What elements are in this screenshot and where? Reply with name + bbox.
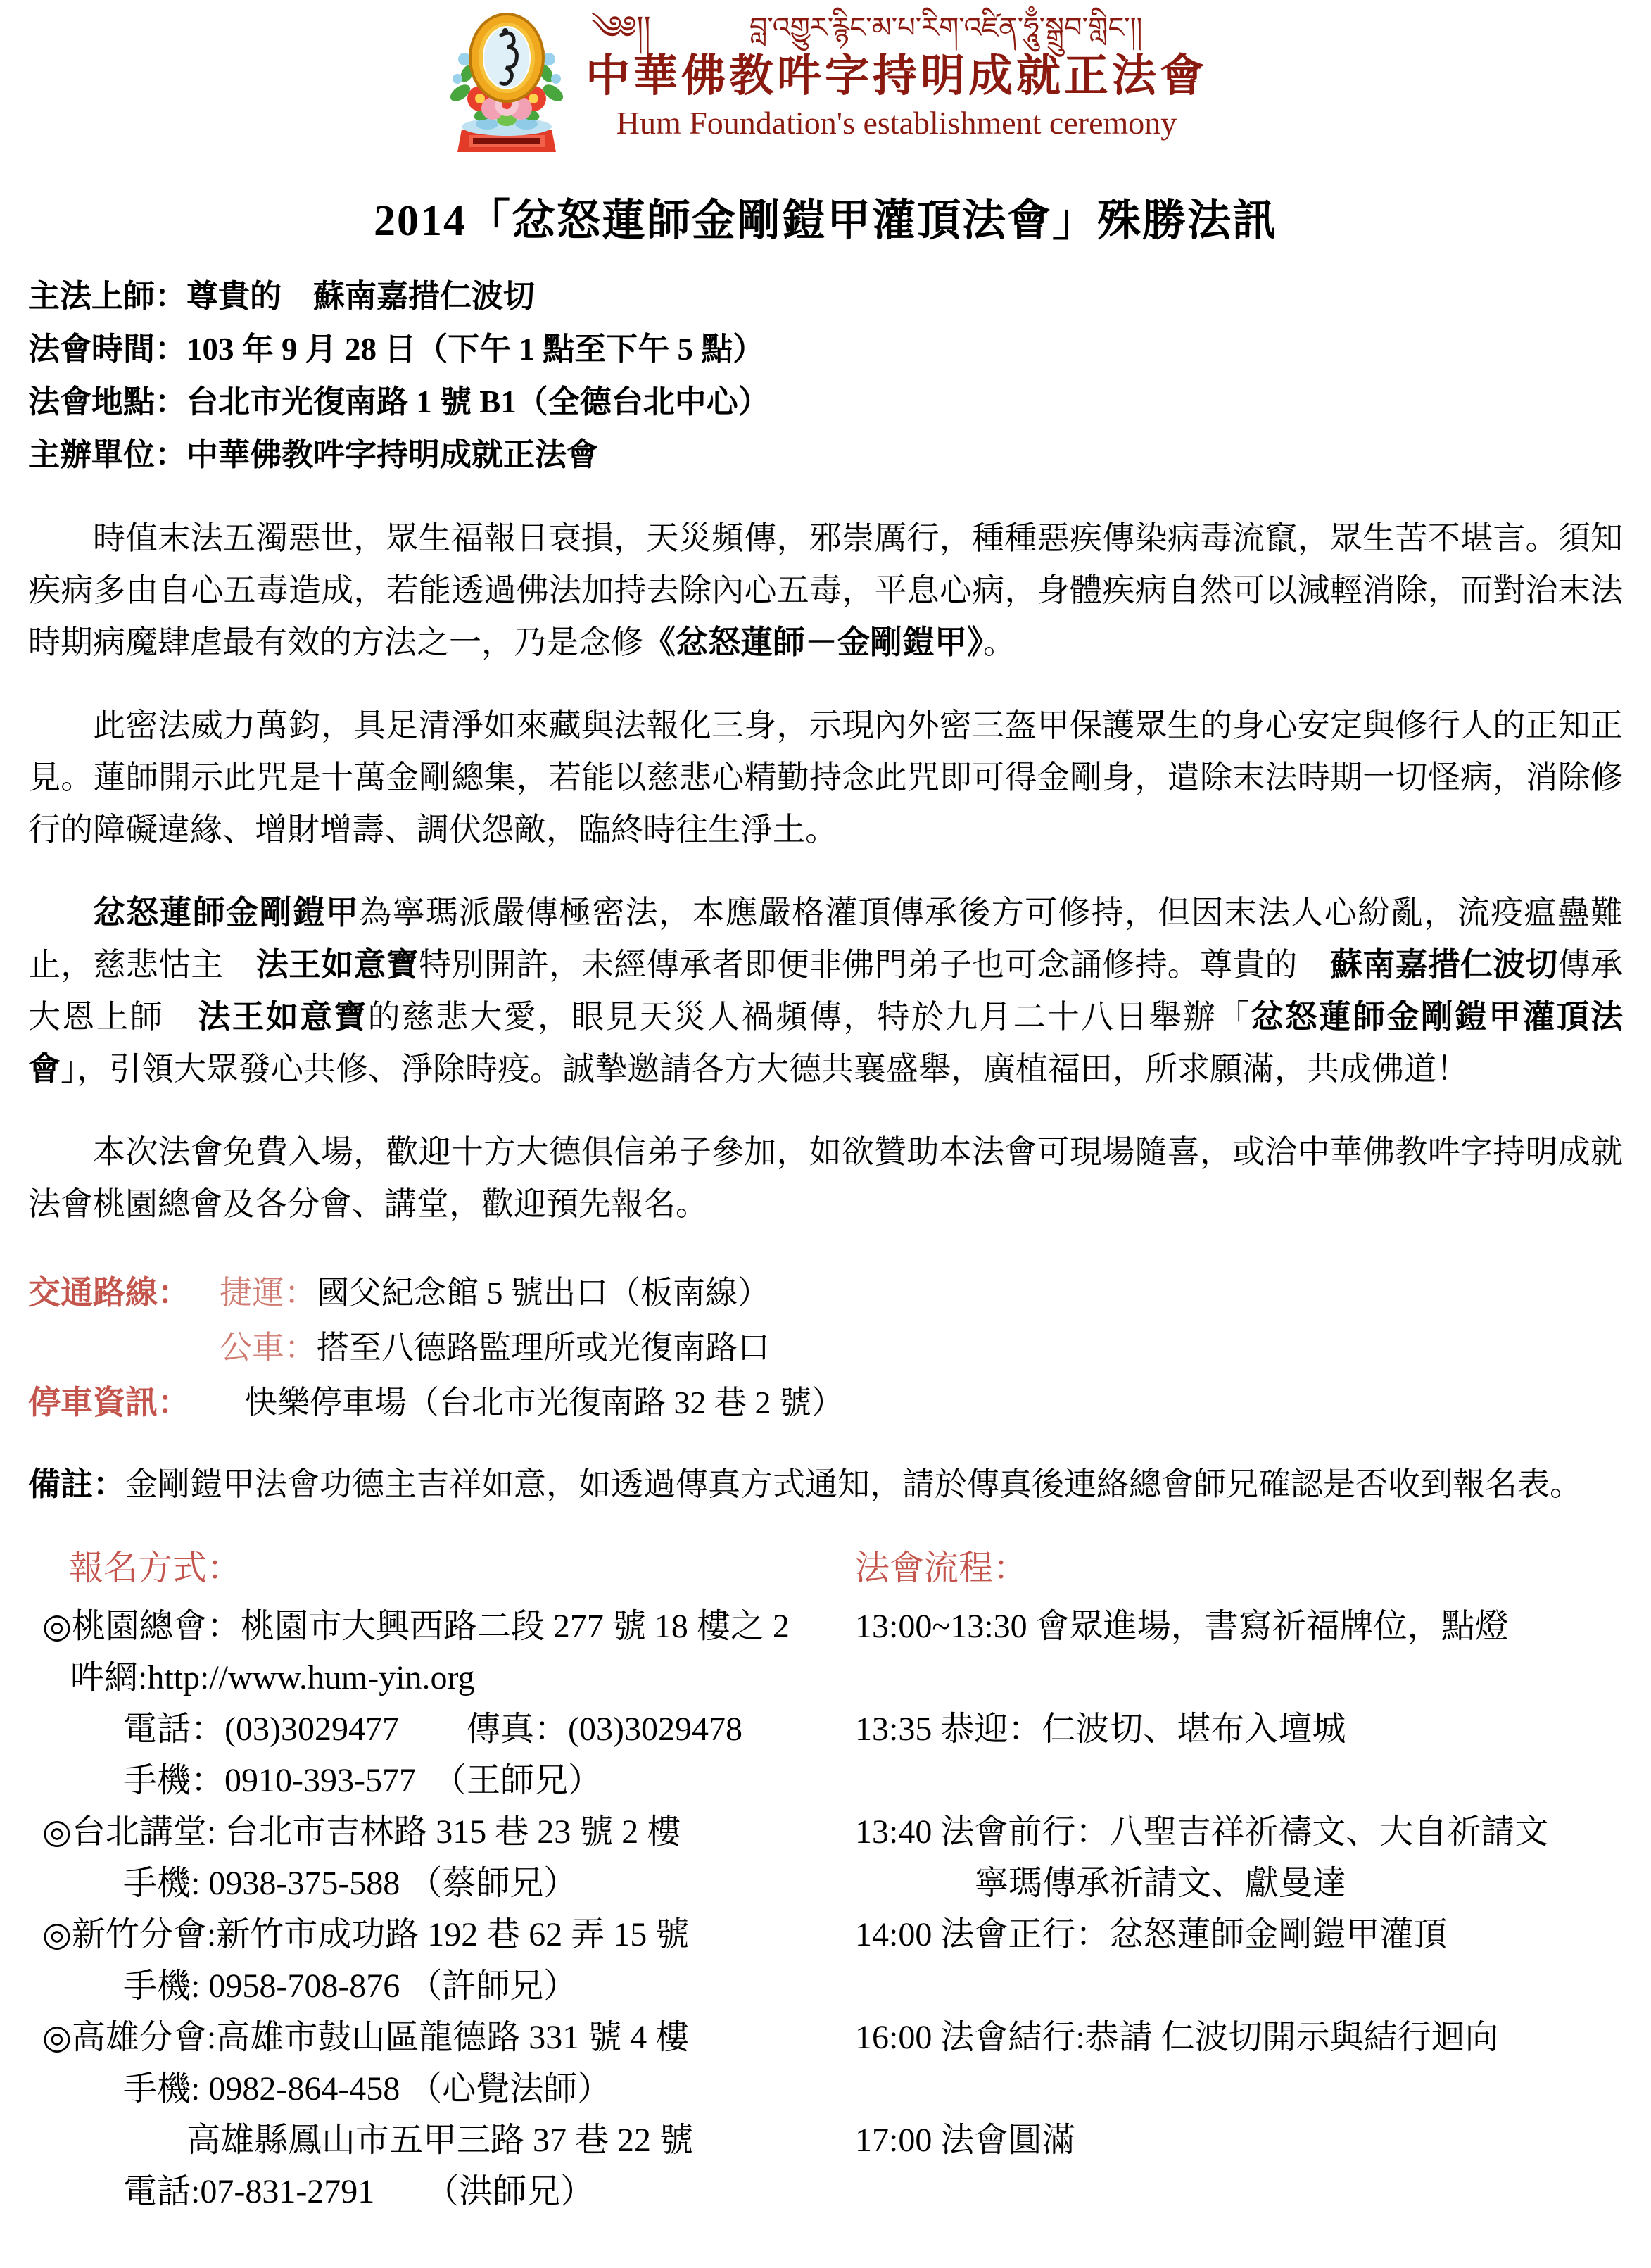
website-link[interactable]: 吽網:http://www.hum-yin.org	[0, 1652, 813, 1703]
bottom-row: 手機：0910-393-577 （王師兄）	[0, 1755, 1651, 1806]
registration-line-fengshan-address: 高雄縣鳳山市五甲三路 37 巷 22 號	[0, 2115, 813, 2166]
tibetan-head-mark: ༄༅།།	[591, 8, 651, 48]
schedule-item-1600: 16:00 法會結行:恭請 仁波切開示與結行迴向	[813, 2012, 1499, 2063]
master-name-bold: 法王如意寶	[256, 947, 419, 983]
schedule-item-empty	[813, 1652, 855, 1703]
info-label: 主辦單位：	[28, 437, 186, 472]
bottom-row: 手機: 0938-375-588 （蔡師兄） 寧瑪傳承祈請文、獻曼達	[0, 1858, 1651, 1909]
paragraph-3-text: 」，引領大眾發心共修、淨除時疫。誠摯邀請各方大德共襄盛舉，廣植福田，所求願滿，共…	[61, 1051, 1469, 1087]
bottom-row: 手機: 0958-708-876 （許師兄）	[0, 1960, 1651, 2012]
bottom-row: ◎台北講堂: 台北市吉林路 315 巷 23 號 2 樓 13:40 法會前行：…	[0, 1806, 1651, 1858]
tibetan-script-text: བླ་འགྱུར་རྙིང་མ་པ་རིག་འཛིན་ཧཱུྃ་སྒྲུབ་གླ…	[749, 8, 1143, 48]
page-title: 2014「忿怒蓮師金剛鎧甲灌頂法會」殊勝法訊	[0, 193, 1651, 249]
registration-line-hsinchu-branch: ◎新竹分會:新竹市成功路 192 巷 62 弄 15 號	[0, 1909, 813, 1960]
paragraph-4: 本次法會免費入場，歡迎十方大德俱信弟子參加，如欲贊助本法會可現場隨喜，或洽中華佛…	[28, 1126, 1623, 1230]
header: ༄༅།། བླ་འགྱུར་རྙིང་མ་པ་རིག་འཛིན་ཧཱུྃ་སྒྲ…	[0, 0, 1651, 165]
info-line-organizer: 主辦單位：中華佛教吽字持明成就正法會	[28, 429, 1623, 481]
registration-line-phone-hung: 電話:07-831-2791 （洪師兄）	[0, 2166, 813, 2217]
hum-syllable-icon	[470, 14, 543, 101]
dharma-name-bold: 忿怒蓮師金剛鎧甲	[93, 895, 359, 931]
bottom-row: 高雄縣鳳山市五甲三路 37 巷 22 號 17:00 法會圓滿	[0, 2115, 1651, 2166]
paragraph-3: 忿怒蓮師金剛鎧甲為寧瑪派嚴傳極密法，本應嚴格灌頂傳承後方可修持，但因末法人心紛亂…	[28, 887, 1623, 1095]
schedule-item-1340-continued: 寧瑪傳承祈請文、獻曼達	[813, 1858, 1346, 1909]
mrt-label: 捷運：	[220, 1266, 317, 1321]
master-name-bold: 法王如意寶	[198, 999, 367, 1035]
tibetan-line: ༄༅།། བླ་འགྱུར་རྙིང་མ་པ་རིག་འཛིན་ཧཱུྃ་སྒྲ…	[586, 8, 1208, 48]
column-headings: 報名方式： 法會流程：	[0, 1543, 1651, 1594]
mrt-text: 國父紀念館 5 號出口（板南線）	[317, 1266, 770, 1321]
schedule-heading: 法會流程：	[813, 1543, 1027, 1594]
transport-route-label: 交通路線：	[28, 1266, 220, 1321]
bus-label: 公車：	[220, 1321, 317, 1375]
schedule-item-1700: 17:00 法會圓滿	[813, 2115, 1075, 2166]
registration-line-taipei-hall: ◎台北講堂: 台北市吉林路 315 巷 23 號 2 樓	[0, 1806, 813, 1858]
info-line-place: 法會地點：台北市光復南路 1 號 B1（全德台北中心）	[28, 376, 1623, 429]
parking-label: 停車資訊：	[28, 1375, 220, 1430]
schedule-item-empty	[813, 1960, 855, 2012]
remark-text: 金剛鎧甲法會功德主吉祥如意，如透過傳真方式通知，請於傳真後連絡總會師兄確認是否收…	[125, 1459, 1582, 1511]
info-value: 中華佛教吽字持明成就正法會	[186, 437, 598, 472]
schedule-item-1300: 13:00~13:30 會眾進場，書寫祈福牌位，點燈	[813, 1601, 1509, 1652]
header-text: ༄༅།། བླ་འགྱུར་རྙིང་མ་པ་རིག་འཛིན་ཧཱུྃ་སྒྲ…	[586, 8, 1208, 142]
registration-line-mobile-wang: 手機：0910-393-577 （王師兄）	[0, 1755, 813, 1806]
transport-mrt-row: 交通路線： 捷運： 國父紀念館 5 號出口（板南線）	[28, 1266, 1623, 1321]
paragraph-1: 時值末法五濁惡世，眾生福報日衰損，天災頻傳，邪崇厲行，種種惡疾傳染病毒流竄，眾生…	[28, 512, 1623, 669]
registration-line-mobile-xinjue: 手機: 0982-864-458 （心覺法師）	[0, 2063, 813, 2115]
transport-bus-row: 公車： 搭至八德路監理所或光復南路口	[28, 1321, 1623, 1375]
organization-name-zh: 中華佛教吽字持明成就正法會	[586, 48, 1208, 104]
info-value: 台北市光復南路 1 號 B1（全德台北中心）	[186, 384, 770, 420]
paragraph-1-bold: 《忿怒蓮師－金剛鎧甲》	[643, 624, 983, 660]
registration-line-taoyuan-hq: ◎桃園總會：桃園市大興西路二段 277 號 18 樓之 2	[0, 1601, 813, 1652]
schedule-item-empty	[813, 2063, 855, 2115]
bottom-row: ◎桃園總會：桃園市大興西路二段 277 號 18 樓之 2 13:00~13:3…	[0, 1601, 1651, 1652]
schedule-item-1335: 13:35 恭迎：仁波切、堪布入壇城	[813, 1703, 1346, 1755]
organization-name-en: Hum Foundation's establishment ceremony	[586, 104, 1208, 142]
transport-section: 交通路線： 捷運： 國父紀念館 5 號出口（板南線） 公車： 搭至八德路監理所或…	[28, 1266, 1623, 1430]
registration-line-mobile-tsai: 手機: 0938-375-588 （蔡師兄）	[0, 1858, 813, 1909]
bottom-row: 電話:07-831-2791 （洪師兄）	[0, 2166, 1651, 2217]
registration-line-kaohsiung-branch: ◎高雄分會:高雄市鼓山區龍德路 331 號 4 樓	[0, 2012, 813, 2063]
registration-heading: 報名方式：	[0, 1543, 813, 1594]
bottom-row: 手機: 0982-864-458 （心覺法師）	[0, 2063, 1651, 2115]
info-label: 法會地點：	[28, 384, 186, 420]
transport-route-spacer	[28, 1321, 220, 1375]
bus-text: 搭至八德路監理所或光復南路口	[317, 1321, 770, 1375]
parking-row: 停車資訊： 快樂停車場（台北市光復南路 32 巷 2 號）	[28, 1375, 1623, 1430]
remark-label: 備註：	[28, 1459, 125, 1511]
info-label: 主法上師：	[28, 279, 186, 314]
rinpoche-name-bold: 蘇南嘉措仁波切	[1330, 947, 1558, 983]
schedule-item-1340: 13:40 法會前行：八聖吉祥祈禱文、大自祈請文	[813, 1806, 1548, 1858]
info-value: 尊貴的 蘇南嘉措仁波切	[186, 279, 535, 314]
info-label: 法會時間：	[28, 332, 186, 367]
paragraph-1-tail: 。	[983, 624, 1016, 660]
schedule-item-empty	[813, 2166, 855, 2217]
registration-line-phone-fax: 電話：(03)3029477 傳真：(03)3029478	[0, 1703, 813, 1755]
info-value: 103 年 9 月 28 日（下午 1 點至下午 5 點）	[186, 332, 764, 367]
event-info: 主法上師：尊貴的 蘇南嘉措仁波切 法會時間：103 年 9 月 28 日（下午 …	[28, 270, 1623, 481]
foundation-logo-image	[443, 8, 570, 153]
schedule-item-1400: 14:00 法會正行：忿怒蓮師金剛鎧甲灌頂	[813, 1909, 1447, 1960]
bottom-row: ◎高雄分會:高雄市鼓山區龍德路 331 號 4 樓 16:00 法會結行:恭請 …	[0, 2012, 1651, 2063]
paragraph-2: 此密法威力萬鈞，具足清淨如來藏與法報化三身，示現內外密三盔甲保護眾生的身心安定與…	[28, 700, 1623, 856]
paragraph-3-text: 的慈悲大愛，眼見天災人禍頻傳，特於九月二十八日舉辦「	[368, 999, 1251, 1035]
remark-section: 備註： 金剛鎧甲法會功德主吉祥如意，如透過傳真方式通知，請於傳真後連絡總會師兄確…	[28, 1459, 1623, 1511]
bottom-row: 吽網:http://www.hum-yin.org	[0, 1652, 1651, 1703]
bottom-row: ◎新竹分會:新竹市成功路 192 巷 62 弄 15 號 14:00 法會正行：…	[0, 1909, 1651, 1960]
schedule-item-empty	[813, 1755, 855, 1806]
flyer-page: ༄༅།། བླ་འགྱུར་རྙིང་མ་པ་རིག་འཛིན་ཧཱུྃ་སྒྲ…	[0, 0, 1651, 2268]
info-line-time: 法會時間：103 年 9 月 28 日（下午 1 點至下午 5 點）	[28, 323, 1623, 376]
paragraph-3-text: 特別開許，未經傳承者即便非佛門弟子也可念誦修持。尊貴的	[419, 947, 1330, 983]
bottom-section: 報名方式： 法會流程： ◎桃園總會：桃園市大興西路二段 277 號 18 樓之 …	[0, 1543, 1651, 2217]
parking-text: 快樂停車場（台北市光復南路 32 巷 2 號）	[220, 1375, 844, 1430]
bottom-row: 電話：(03)3029477 傳真：(03)3029478 13:35 恭迎：仁…	[0, 1703, 1651, 1755]
info-line-master: 主法上師：尊貴的 蘇南嘉措仁波切	[28, 270, 1623, 323]
registration-line-mobile-hsu: 手機: 0958-708-876 （許師兄）	[0, 1960, 813, 2012]
